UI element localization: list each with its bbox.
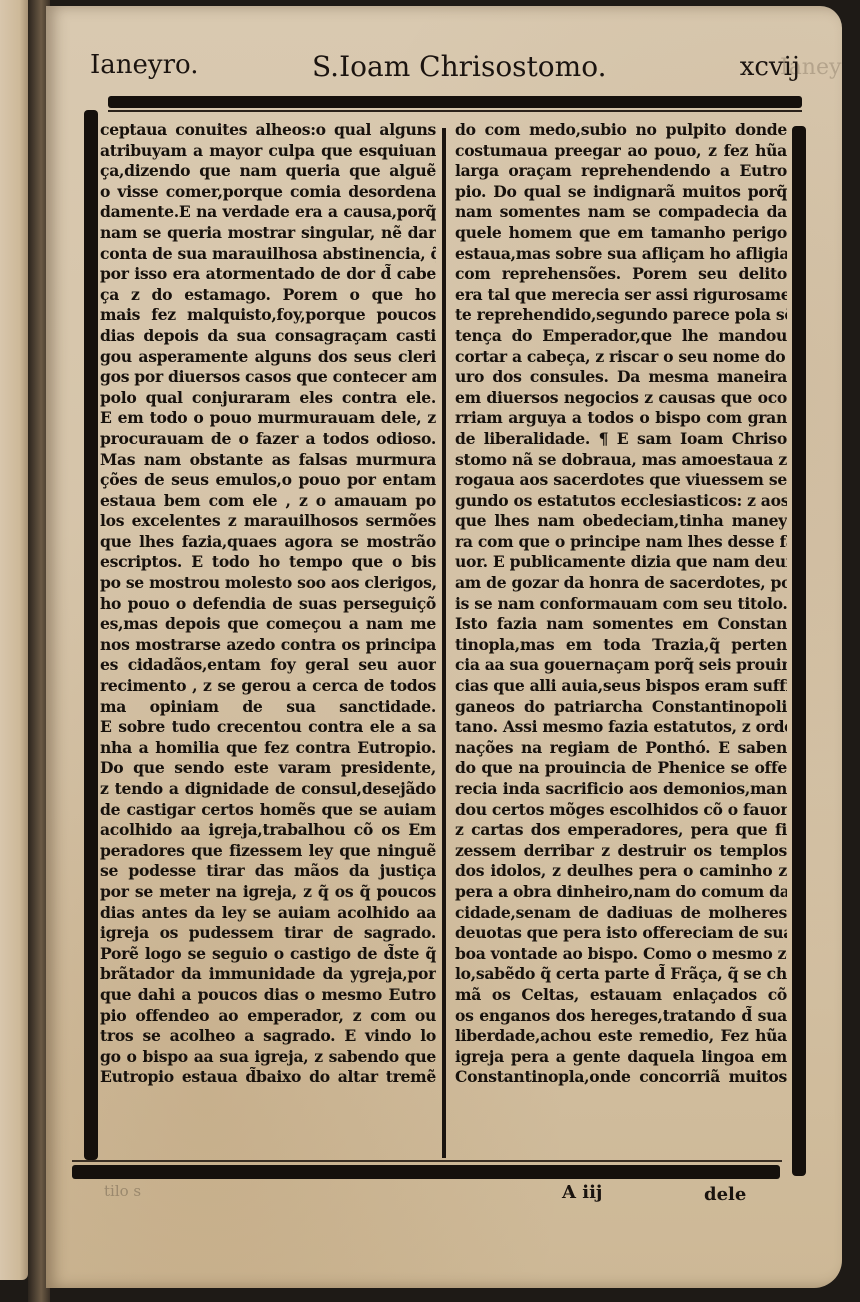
text-line: igreja pera a gente daquela lingoa em	[455, 1047, 787, 1068]
text-column-left: ceptaua conuites alheos:o qual algunsatr…	[100, 120, 436, 1088]
text-line: Porẽ logo se seguio o castigo de d̃ste q…	[100, 944, 436, 965]
text-line: ça,dizendo que nam queria que alguẽ	[100, 161, 436, 182]
text-line: lo,sabẽdo q̃ certa parte d̃ Frãça, q̃ se…	[455, 964, 787, 985]
right-frame-bar	[792, 126, 806, 1176]
text-line: conta de sua marauilhosa abstinencia, q̃	[100, 244, 436, 265]
text-line: dou certos mõges escolhidos cõ o fauor	[455, 800, 787, 821]
text-line: de castigar certos homẽs que se auiam	[100, 800, 436, 821]
text-line: rriam arguya a todos o bispo com gran	[455, 408, 787, 429]
text-line: tano. Assi mesmo fazia estatutos, z orde	[455, 717, 787, 738]
text-line: liberdade,achou este remedio, Fez hũa	[455, 1026, 787, 1047]
bottom-rule-thin	[72, 1160, 782, 1162]
faint-marginal-mark: tilo s	[104, 1182, 141, 1200]
running-header: Ianeyro. S.Ioam Chrisostomo. xcvij	[90, 50, 810, 90]
header-month: Ianeyro.	[90, 50, 198, 80]
text-line: deuotas que pera isto offereciam de sua	[455, 923, 787, 944]
text-line: por se meter na igreja, z q̃ os q̃ pouco…	[100, 882, 436, 903]
text-line: por isso era atormentado de dor d̃ cabe	[100, 264, 436, 285]
text-line: Constantinopla,onde concorriã muitos	[455, 1067, 787, 1088]
text-line: nha a homilia que fez contra Eutropio.	[100, 738, 436, 759]
text-line: dias antes da ley se auiam acolhido aa	[100, 903, 436, 924]
text-line: o visse comer,porque comia desordena	[100, 182, 436, 203]
text-line: atribuyam a mayor culpa que esquiuan	[100, 141, 436, 162]
text-line: com reprehensões. Porem seu delito	[455, 264, 787, 285]
text-line: nam se queria mostrar singular, nẽ dar	[100, 223, 436, 244]
text-line: go o bispo aa sua igreja, z sabendo que	[100, 1047, 436, 1068]
text-line: ma opiniam de sua sanctidade.	[100, 697, 436, 718]
text-line: tença do Emperador,que lhe mandou	[455, 326, 787, 347]
text-line: zessem derribar z destruir os templos	[455, 841, 787, 862]
text-line: am de gozar da honra de sacerdotes, po	[455, 573, 787, 594]
top-rule-thin	[108, 110, 802, 112]
left-frame-bar	[84, 110, 98, 1160]
text-line: los excelentes z marauilhosos sermões	[100, 511, 436, 532]
text-line: te reprehendido,segundo parece pola sẽ	[455, 305, 787, 326]
text-line: pera a obra dinheiro,nam do comum da	[455, 882, 787, 903]
text-line: procurauam de o fazer a todos odioso.	[100, 429, 436, 450]
text-line: dias depois da sua consagraçam casti	[100, 326, 436, 347]
text-line: igreja os pudessem tirar de sagrado.	[100, 923, 436, 944]
text-line: gou asperamente alguns dos seus cleri	[100, 347, 436, 368]
text-line: polo qual conjuraram eles contra ele.	[100, 388, 436, 409]
text-line: de liberalidade. ¶ E sam Ioam Chriso	[455, 429, 787, 450]
text-line: ganeos do patriarcha Constantinopoli	[455, 697, 787, 718]
bottom-rule	[72, 1165, 780, 1179]
text-line: nam somentes nam se compadecia da	[455, 202, 787, 223]
text-line: se podesse tirar das mãos da justiça	[100, 861, 436, 882]
text-line: peradores que fizessem ley que ninguẽ	[100, 841, 436, 862]
catchword: dele	[704, 1184, 746, 1205]
text-line: era tal que merecia ser assi rigurosamen	[455, 285, 787, 306]
text-line: cia aa sua gouernaçam porq̃ seis prouin	[455, 655, 787, 676]
text-line: quele homem que em tamanho perigo	[455, 223, 787, 244]
text-line: mais fez malquisto,foy,porque poucos	[100, 305, 436, 326]
text-line: rogaua aos sacerdotes que viuessem se	[455, 470, 787, 491]
text-line: que lhes nam obedeciam,tinha maney	[455, 511, 787, 532]
text-line: em diuersos negocios z causas que oco	[455, 388, 787, 409]
text-line: pio offendeo ao emperador, z com ou	[100, 1006, 436, 1027]
text-line: os enganos dos hereges,tratando d̃ sua	[455, 1006, 787, 1027]
text-line: pio. Do qual se indignarã muitos porq̃	[455, 182, 787, 203]
bleed-through-text: Ianey	[780, 55, 841, 80]
text-line: que lhes fazia,quaes agora se mostrão	[100, 532, 436, 553]
text-line: boa vontade ao bispo. Como o mesmo ze	[455, 944, 787, 965]
text-line: stomo nã se dobraua, mas amoestaua z	[455, 450, 787, 471]
text-line: es,mas depois que começou a nam me	[100, 614, 436, 635]
text-line: do com medo,subio no pulpito donde	[455, 120, 787, 141]
text-line: do que na prouincia de Phenice se offe	[455, 758, 787, 779]
text-line: recia inda sacrificio aos demonios,man	[455, 779, 787, 800]
text-line: z cartas dos emperadores, pera que fi	[455, 820, 787, 841]
text-line: cidade,senam de dadiuas de molheres	[455, 903, 787, 924]
text-line: po se mostrou molesto soo aos clerigos,	[100, 573, 436, 594]
text-line: ções de seus emulos,o pouo por entam	[100, 470, 436, 491]
text-line: tinopla,mas em toda Trazia,q̃ perten	[455, 635, 787, 656]
text-line: recimento , z se gerou a cerca de todos	[100, 676, 436, 697]
header-title: S.Ioam Chrisostomo.	[312, 50, 606, 83]
text-line: ça z do estamago. Porem o que ho	[100, 285, 436, 306]
text-line: mã os Celtas, estauam enlaçados cõ	[455, 985, 787, 1006]
text-line: damente.E na verdade era a causa,porq̃	[100, 202, 436, 223]
text-line: gundo os estatutos ecclesiasticos: z aos	[455, 491, 787, 512]
text-line: nos mostrarse azedo contra os principa	[100, 635, 436, 656]
text-line: larga oraçam reprehendendo a Eutro	[455, 161, 787, 182]
text-line: dos idolos, z deulhes pera o caminho z	[455, 861, 787, 882]
text-line: ceptaua conuites alheos:o qual alguns	[100, 120, 436, 141]
text-line: Mas nam obstante as falsas murmura	[100, 450, 436, 471]
text-line: cias que alli auia,seus bispos eram suff…	[455, 676, 787, 697]
column-divider	[442, 128, 446, 1158]
text-line: es cidadãos,entam foy geral seu auor	[100, 655, 436, 676]
signature-mark: A iij	[562, 1182, 602, 1203]
text-line: is se nam conformauam com seu titolo.	[455, 594, 787, 615]
text-line: escriptos. E todo ho tempo que o bis	[100, 552, 436, 573]
text-line: uro dos consules. Da mesma maneira	[455, 367, 787, 388]
text-line: costumaua preegar ao pouo, z fez hũa	[455, 141, 787, 162]
text-line: ho pouo o defendia de suas perseguiçõ	[100, 594, 436, 615]
text-line: estaua,mas sobre sua afliçam ho afligia	[455, 244, 787, 265]
text-line: tros se acolheo a sagrado. E vindo lo	[100, 1026, 436, 1047]
text-line: Do que sendo este varam presidente,	[100, 758, 436, 779]
text-line: uor. E publicamente dizia que nam deui	[455, 552, 787, 573]
text-line: Isto fazia nam somentes em Constan	[455, 614, 787, 635]
text-line: nações na regiam de Ponthó. E saben	[455, 738, 787, 759]
text-line: acolhido aa igreja,trabalhou cõ os Em	[100, 820, 436, 841]
text-line: gos por diuersos casos que contecer am	[100, 367, 436, 388]
text-line: ra com que o principe nam lhes desse fa	[455, 532, 787, 553]
text-line: brãtador da immunidade da ygreja,por	[100, 964, 436, 985]
top-rule	[108, 96, 802, 108]
text-line: estaua bem com ele , z o amauam po	[100, 491, 436, 512]
text-line: E sobre tudo crecentou contra ele a sa	[100, 717, 436, 738]
text-line: cortar a cabeça, z riscar o seu nome do …	[455, 347, 787, 368]
text-line: que dahi a poucos dias o mesmo Eutro	[100, 985, 436, 1006]
text-line: z tendo a dignidade de consul,desejãdo	[100, 779, 436, 800]
text-line: E em todo o pouo murmurauam dele, z	[100, 408, 436, 429]
text-line: Eutropio estaua d̃baixo do altar tremẽ	[100, 1067, 436, 1088]
text-column-right: do com medo,subio no pulpito dondecostum…	[455, 120, 787, 1088]
previous-page-edge	[0, 0, 28, 1280]
